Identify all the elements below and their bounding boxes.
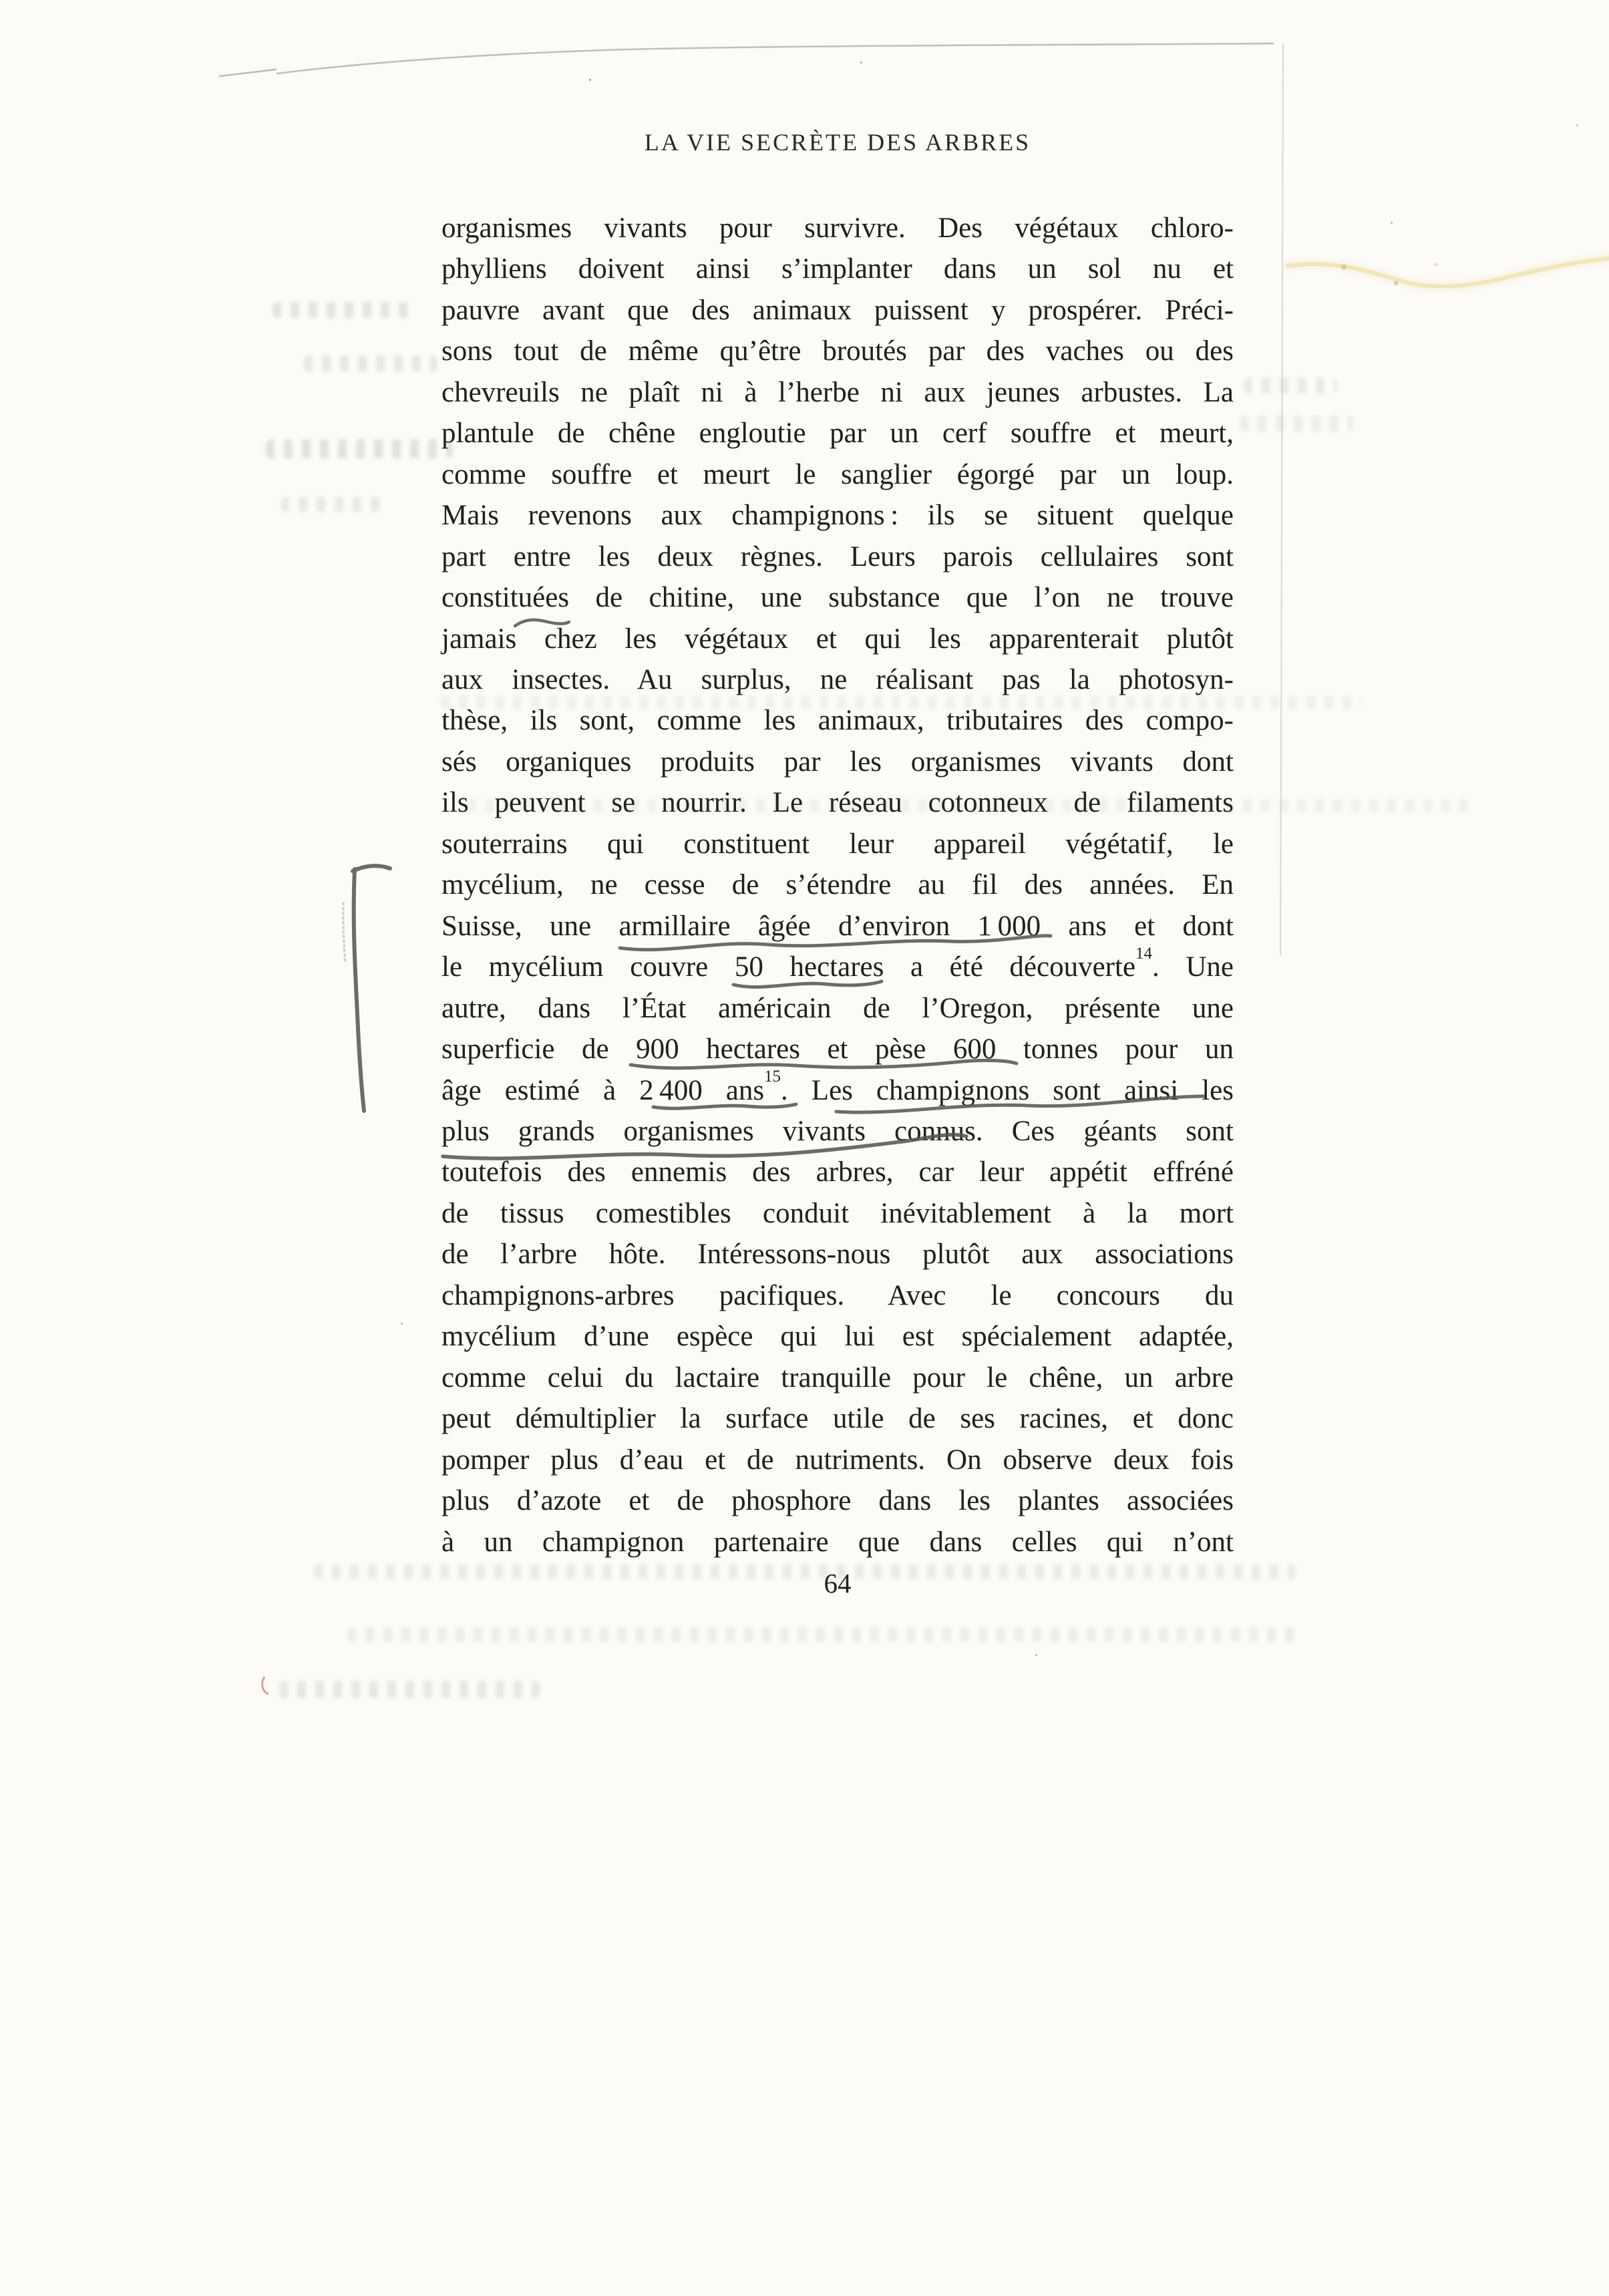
stain-speck — [1394, 281, 1398, 285]
bleedthrough-smudge — [441, 696, 1363, 709]
bleedthrough-smudge — [279, 1681, 540, 1698]
bleedthrough-smudge — [468, 799, 1469, 812]
text-line: de l’arbre hôte. Intéressons-nous plutôt… — [441, 1234, 1234, 1275]
scanned-book-page: LA VIE SECRÈTE DES ARBRES organismes viv… — [0, 0, 1609, 2296]
text-line: mycélium d’une espèce qui lui est spécia… — [441, 1316, 1234, 1357]
stain-speck — [1435, 263, 1438, 267]
footnote-ref-15: 15 — [764, 1068, 781, 1086]
text-line: constituées de chitine, une substance qu… — [441, 577, 1234, 618]
bleedthrough-smudge — [273, 302, 416, 318]
text-line: sés organiques produits par les organism… — [441, 742, 1234, 782]
text-line: souterrains qui constituent leur apparei… — [441, 824, 1234, 864]
text-line: superficie de 900 hectares et pèse 600 t… — [441, 1029, 1234, 1070]
text-segment: . Une — [1152, 951, 1234, 983]
footnote-ref-14: 14 — [1135, 945, 1152, 963]
page-edge-line-vertical — [1280, 44, 1283, 955]
stain-speck — [1341, 265, 1347, 270]
bleedthrough-smudge — [314, 1565, 1296, 1579]
text-block: organismes vivants pour survivre. Des vé… — [441, 208, 1234, 1563]
text-line: pauvre avant que des animaux puissent y … — [441, 290, 1234, 331]
text-line: jamais chez les végétaux et qui les appa… — [441, 619, 1234, 659]
bleedthrough-smudge — [1244, 377, 1337, 393]
red-pen-mark — [262, 1677, 269, 1694]
yellow-stain-band — [1288, 259, 1609, 287]
text-segment: âge estimé à 2 400 ans — [441, 1075, 764, 1106]
text-line: plus grands organismes vivants connus. C… — [441, 1111, 1234, 1152]
yellow-stain — [1288, 259, 1609, 287]
bleedthrough-smudge — [281, 497, 381, 512]
text-line: chevreuils ne plaît ni à l’herbe ni aux … — [441, 372, 1234, 413]
text-line: mycélium, ne cesse de s’étendre au fil d… — [441, 864, 1234, 905]
bleedthrough-smudge — [304, 355, 437, 371]
text-line: comme souffre et meurt le sanglier égorg… — [441, 454, 1234, 495]
text-line: plantule de chêne engloutie par un cerf … — [441, 413, 1234, 454]
dust-speckles — [589, 79, 591, 81]
text-segment: . Les champignons sont ainsi les — [781, 1075, 1234, 1106]
text-line: à un champignon partenaire que dans cell… — [441, 1522, 1234, 1563]
text-line: part entre les deux règnes. Leurs parois… — [441, 536, 1234, 577]
text-line: toutefois des ennemis des arbres, car le… — [441, 1152, 1234, 1192]
text-line: comme celui du lactaire tranquille pour … — [441, 1357, 1234, 1398]
text-line: de tissus comestibles conduit inévitable… — [441, 1193, 1234, 1234]
text-line: champignons-arbres pacifiques. Avec le c… — [441, 1275, 1234, 1316]
margin-bracket-arm — [353, 866, 390, 871]
text-line-with-footnote: le mycélium couvre 50 hectares a été déc… — [441, 947, 1234, 987]
page-edge-line — [277, 43, 1273, 73]
text-line: Suisse, une armillaire âgée d’environ 1 … — [441, 906, 1234, 947]
text-line: pomper plus d’eau et de nutriments. On o… — [441, 1440, 1234, 1480]
text-line: Mais revenons aux champignons : ils se s… — [441, 495, 1234, 536]
text-line: phylliens doivent ainsi s’implanter dans… — [441, 249, 1234, 289]
margin-bracket-vertical — [354, 869, 364, 1111]
page-edge-line — [220, 69, 276, 76]
running-head-title: LA VIE SECRÈTE DES ARBRES — [441, 128, 1234, 156]
yellow-stain-line — [1288, 259, 1609, 287]
text-line-with-footnote: âge estimé à 2 400 ans15. Les champignon… — [441, 1070, 1234, 1111]
margin-bracket-ghost — [343, 903, 345, 963]
bleedthrough-smudge — [347, 1627, 1302, 1642]
text-segment: le mycélium couvre 50 hectares a été déc… — [441, 951, 1135, 983]
bleedthrough-smudge — [266, 440, 453, 458]
text-line: aux insectes. Au surplus, ne réalisant p… — [441, 659, 1234, 700]
text-line: peut démultiplier la surface utile de se… — [441, 1398, 1234, 1439]
text-line: autre, dans l’État américain de l’Oregon… — [441, 988, 1234, 1029]
text-line: plus d’azote et de phosphore dans les pl… — [441, 1480, 1234, 1521]
text-line: organismes vivants pour survivre. Des vé… — [441, 208, 1234, 249]
text-line: sons tout de même qu’être broutés par de… — [441, 331, 1234, 371]
bleedthrough-smudge — [1240, 416, 1353, 432]
